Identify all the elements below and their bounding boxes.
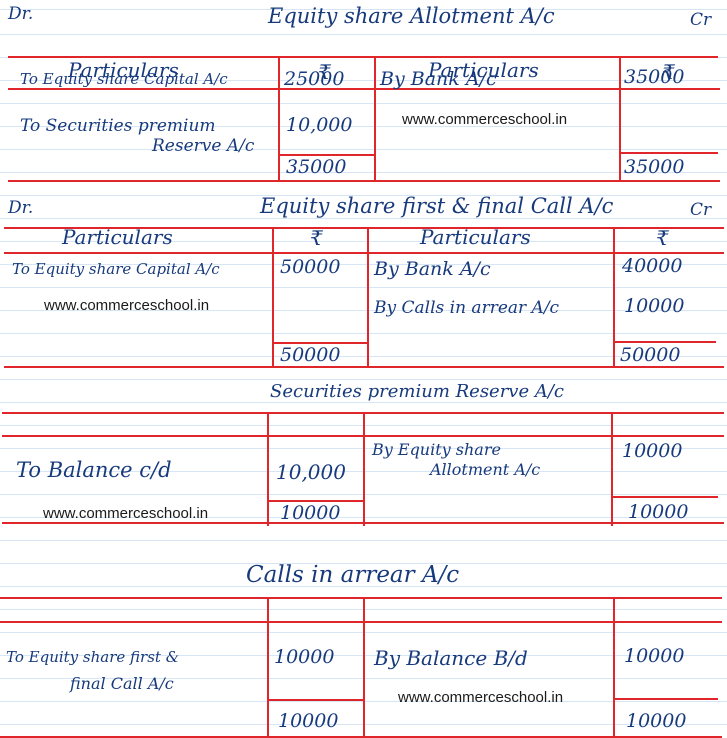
debit-total: 10000 bbox=[278, 710, 338, 732]
account-title: Equity share Allotment A/c bbox=[268, 4, 555, 28]
debit-entry-particulars: To Securities premium bbox=[20, 116, 216, 136]
column-rule bbox=[267, 412, 269, 526]
column-rule bbox=[613, 227, 615, 368]
debit-total: 50000 bbox=[280, 344, 340, 366]
debit-entry-amount: 10,000 bbox=[276, 460, 346, 484]
column-rule bbox=[363, 412, 365, 526]
column-rule bbox=[613, 597, 615, 738]
account-title: Calls in arrear A/c bbox=[246, 562, 459, 588]
credit-total: 10000 bbox=[626, 710, 686, 732]
header-debit-amount: ₹ bbox=[310, 226, 323, 250]
account-title: Equity share first & final Call A/c bbox=[260, 194, 613, 218]
cr-label: Cr bbox=[690, 10, 711, 30]
debit-entry-particulars: To Equity share Capital A/c bbox=[12, 260, 220, 278]
credit-entry-particulars: By Balance B/d bbox=[374, 646, 528, 670]
debit-entry-particulars-line2: Reserve A/c bbox=[152, 136, 254, 156]
column-rule bbox=[278, 56, 280, 182]
column-rule bbox=[363, 597, 365, 738]
credit-entry-amount: 40000 bbox=[622, 255, 682, 277]
cr-label: Cr bbox=[690, 200, 711, 220]
credit-entry-particulars: By Bank A/c bbox=[374, 258, 491, 280]
debit-entry-amount: 10,000 bbox=[286, 114, 352, 136]
table-bottom-rule bbox=[4, 366, 724, 368]
credit-total: 50000 bbox=[620, 344, 680, 366]
debit-entry-amount: 10000 bbox=[274, 646, 334, 668]
column-rule bbox=[619, 56, 621, 182]
watermark: www.commerceschool.in bbox=[402, 111, 567, 128]
column-rule bbox=[611, 412, 613, 526]
credit-entry-amount: 10000 bbox=[624, 645, 684, 667]
credit-entry-amount: 10000 bbox=[624, 295, 684, 317]
credit-subtotal-rule bbox=[614, 341, 716, 343]
debit-total: 10000 bbox=[280, 502, 340, 524]
dr-label: Dr. bbox=[8, 198, 33, 218]
column-rule bbox=[267, 597, 269, 738]
debit-entry-particulars: To Equity share Capital A/c bbox=[20, 70, 228, 88]
credit-total: 35000 bbox=[624, 156, 684, 178]
credit-entry-particulars: By Calls in arrear A/c bbox=[374, 298, 559, 318]
debit-entry-amount: 25000 bbox=[284, 68, 344, 90]
credit-subtotal-rule bbox=[620, 152, 718, 154]
watermark: www.commerceschool.in bbox=[43, 505, 208, 522]
account-title: Securities premium Reserve A/c bbox=[270, 381, 564, 402]
credit-entry-amount: 35000 bbox=[624, 66, 684, 88]
debit-entry-particulars: To Balance c/d bbox=[16, 458, 172, 482]
header-rule bbox=[4, 252, 724, 254]
header-debit-particulars: Particulars bbox=[62, 225, 173, 249]
credit-entry-particulars-line2: Allotment A/c bbox=[430, 460, 540, 479]
credit-subtotal-rule bbox=[612, 496, 718, 498]
debit-entry-particulars: To Equity share first & bbox=[6, 648, 179, 666]
credit-entry-amount: 10000 bbox=[622, 440, 682, 462]
debit-total: 35000 bbox=[286, 156, 346, 178]
header-credit-amount: ₹ bbox=[656, 226, 669, 250]
column-rule bbox=[272, 227, 274, 368]
credit-entry-particulars: By Equity share bbox=[372, 440, 501, 459]
watermark: www.commerceschool.in bbox=[44, 297, 209, 314]
header-credit-particulars: Particulars bbox=[420, 225, 531, 249]
header-rule bbox=[8, 88, 720, 90]
table-bottom-rule bbox=[8, 180, 720, 182]
dr-label: Dr. bbox=[8, 4, 33, 24]
debit-subtotal-rule bbox=[268, 699, 364, 701]
credit-subtotal-rule bbox=[614, 698, 718, 700]
credit-entry-particulars: By Bank A/c bbox=[380, 68, 497, 90]
credit-total: 10000 bbox=[628, 501, 688, 523]
debit-entry-amount: 50000 bbox=[280, 256, 340, 278]
watermark: www.commerceschool.in bbox=[398, 689, 563, 706]
column-rule bbox=[374, 56, 376, 182]
debit-entry-particulars-line2: final Call A/c bbox=[70, 674, 174, 693]
column-rule bbox=[367, 227, 369, 368]
